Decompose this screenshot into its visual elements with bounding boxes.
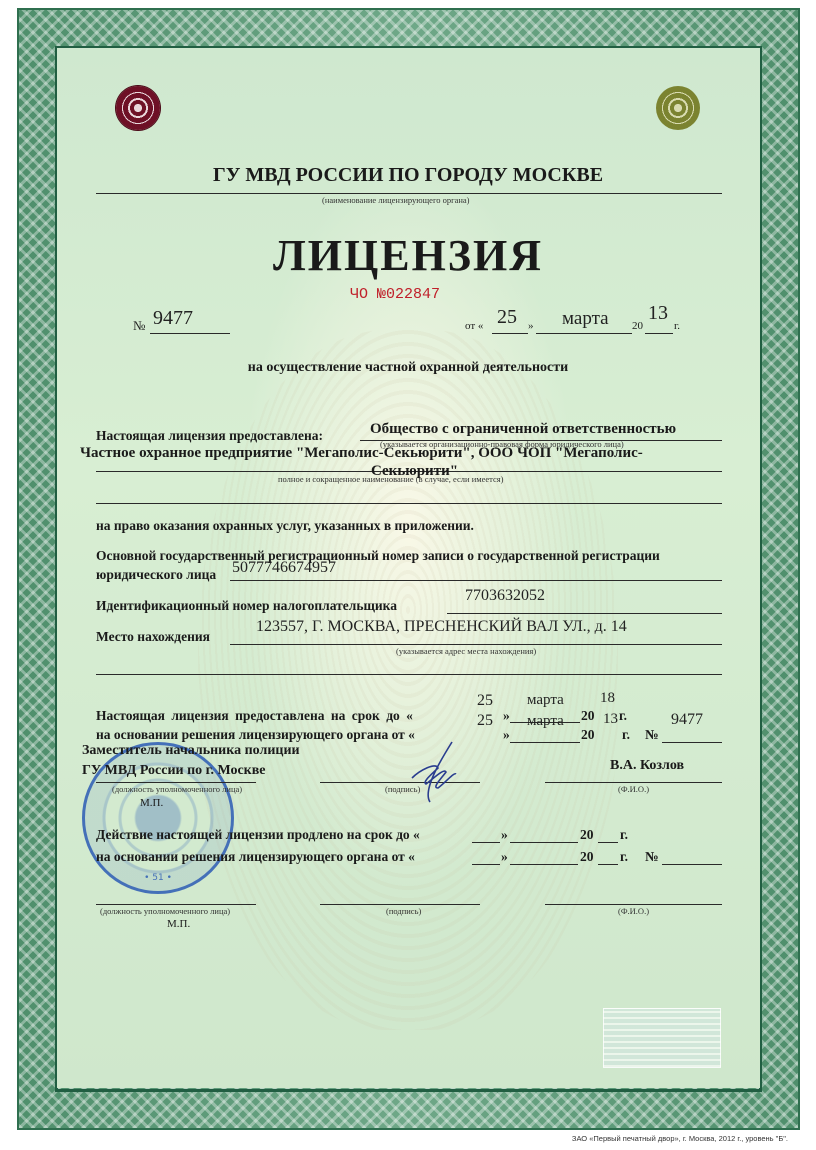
term-decision-century: 20 (581, 727, 595, 743)
extension-name-hint: (Ф.И.О.) (618, 906, 649, 916)
signatory-name-hint: (Ф.И.О.) (618, 784, 649, 794)
date-suffix: г. (674, 320, 680, 332)
printer-imprint: ЗАО «Первый печатный двор», г. Москва, 2… (572, 1134, 788, 1143)
extension-century: 20 (580, 827, 594, 843)
term-until-day: 25 (477, 692, 493, 710)
extension-decision-month-line (510, 864, 578, 865)
number-underline (150, 333, 230, 334)
term-decision-g: г. (622, 727, 630, 743)
term-until-g: г. (619, 708, 627, 724)
term-decision-month-line (510, 742, 580, 743)
extension-decision-day-line (472, 864, 500, 865)
date-prefix: от « (465, 320, 483, 332)
inn-label: Идентификационный номер налогоплательщик… (96, 598, 397, 614)
signatory-position-hint: (должность уполномоченного лица) (112, 784, 242, 794)
signature-icon (392, 738, 472, 808)
ogrn-value: 5077746674957 (232, 559, 336, 577)
extension-decision-number-line (662, 864, 722, 865)
day-underline (492, 333, 528, 334)
extension-position-line (96, 904, 256, 905)
location-underline-2 (96, 674, 722, 675)
term-decision-close: » (503, 727, 510, 743)
extension-decision-year-line (598, 864, 618, 865)
grantee-name-line1: Общество с ограниченной ответственностью (370, 421, 676, 438)
extension-position-hint: (должность уполномоченного лица) (100, 906, 230, 916)
term-decision-no-label: № (645, 727, 659, 743)
location-label: Место нахождения (96, 629, 210, 645)
inn-value: 7703632052 (465, 587, 545, 605)
extension-decision-century: 20 (580, 849, 594, 865)
seal-number: • 51 • (85, 873, 231, 883)
grantee-name-line2: Частное охранное предприятие "Мегаполис-… (80, 445, 643, 462)
extension-decision-no-label: № (645, 849, 659, 865)
extension-name-line (545, 904, 722, 905)
location-hint: (указывается адрес места нахождения) (396, 646, 536, 656)
extension-year-line (598, 842, 618, 843)
location-value: 123557, Г. МОСКВА, ПРЕСНЕНСКИЙ ВАЛ УЛ., … (256, 618, 627, 636)
extension-day-line (472, 842, 500, 843)
term-until-label: Настоящая лицензия предоставлена на срок… (96, 708, 413, 724)
grantee-label: Настоящая лицензия предоставлена: (96, 428, 323, 444)
extension-signature-hint: (подпись) (386, 906, 421, 916)
term-until-century: 20 (581, 708, 595, 724)
year-underline (645, 333, 673, 334)
term-decision-number: 9477 (671, 711, 703, 729)
activity-type: на осуществление частной охранной деятел… (0, 360, 816, 376)
ogrn-underline (230, 580, 722, 581)
document-title: ЛИЦЕНЗИЯ (0, 230, 816, 281)
extension-month-line (510, 842, 578, 843)
extension-decision-g: г. (620, 849, 628, 865)
signatory-position-1: Заместитель начальника полиции (82, 743, 300, 759)
authority-underline (96, 193, 722, 194)
ogrn-label-1: Основной государственный регистрационный… (96, 548, 660, 564)
rosette-emblem-icon (656, 86, 700, 130)
inn-underline (447, 613, 722, 614)
date-mid: » (528, 320, 534, 332)
issue-day: 25 (497, 306, 517, 329)
ogrn-label-2: юридического лица (96, 567, 216, 583)
issue-year: 13 (648, 302, 668, 325)
seal-place-2: М.П. (167, 918, 190, 930)
date-century: 20 (632, 320, 643, 332)
term-decision-number-line (662, 742, 722, 743)
term-until-year: 18 (600, 690, 615, 707)
licensing-authority: ГУ МВД РОССИИ ПО ГОРОДУ МОСКВЕ (0, 164, 816, 187)
term-until-month: марта (527, 692, 564, 709)
extension-g: г. (620, 827, 628, 843)
term-decision-label: на основании решения лицензирующего орга… (96, 727, 415, 743)
number-label: № (133, 318, 145, 334)
grantee-underline-3 (96, 503, 722, 504)
grantee-hint-name: полное и сокращенное наименование (в слу… (278, 474, 504, 484)
signatory-position-2: ГУ МВД России по г. Москве (82, 763, 266, 779)
location-underline (230, 644, 722, 645)
month-underline (536, 333, 632, 334)
signatory-position-line (96, 782, 256, 783)
signatory-name-line (545, 782, 722, 783)
license-number: 9477 (153, 307, 193, 330)
extension-decision-close: » (501, 849, 508, 865)
authority-hint: (наименование лицензирующего органа) (322, 195, 470, 205)
term-decision-day: 25 (477, 712, 493, 730)
extension-label: Действие настоящей лицензии продлено на … (96, 827, 420, 843)
term-until-close: » (503, 708, 510, 724)
issue-month: марта (562, 308, 609, 330)
seal-place-1: М.П. (140, 797, 163, 809)
rosette-emblem-icon (116, 86, 160, 130)
signatory-name: В.А. Козлов (610, 758, 684, 774)
term-decision-year: 13 (603, 711, 618, 728)
term-decision-month: марта (527, 713, 564, 730)
extension-decision-label: на основании решения лицензирующего орга… (96, 849, 415, 865)
services-right: на право оказания охранных услуг, указан… (96, 518, 474, 534)
extension-signature-line (320, 904, 480, 905)
hologram-security-element (603, 1008, 721, 1068)
serial-number: ЧО №022847 (350, 286, 440, 303)
extension-close: » (501, 827, 508, 843)
